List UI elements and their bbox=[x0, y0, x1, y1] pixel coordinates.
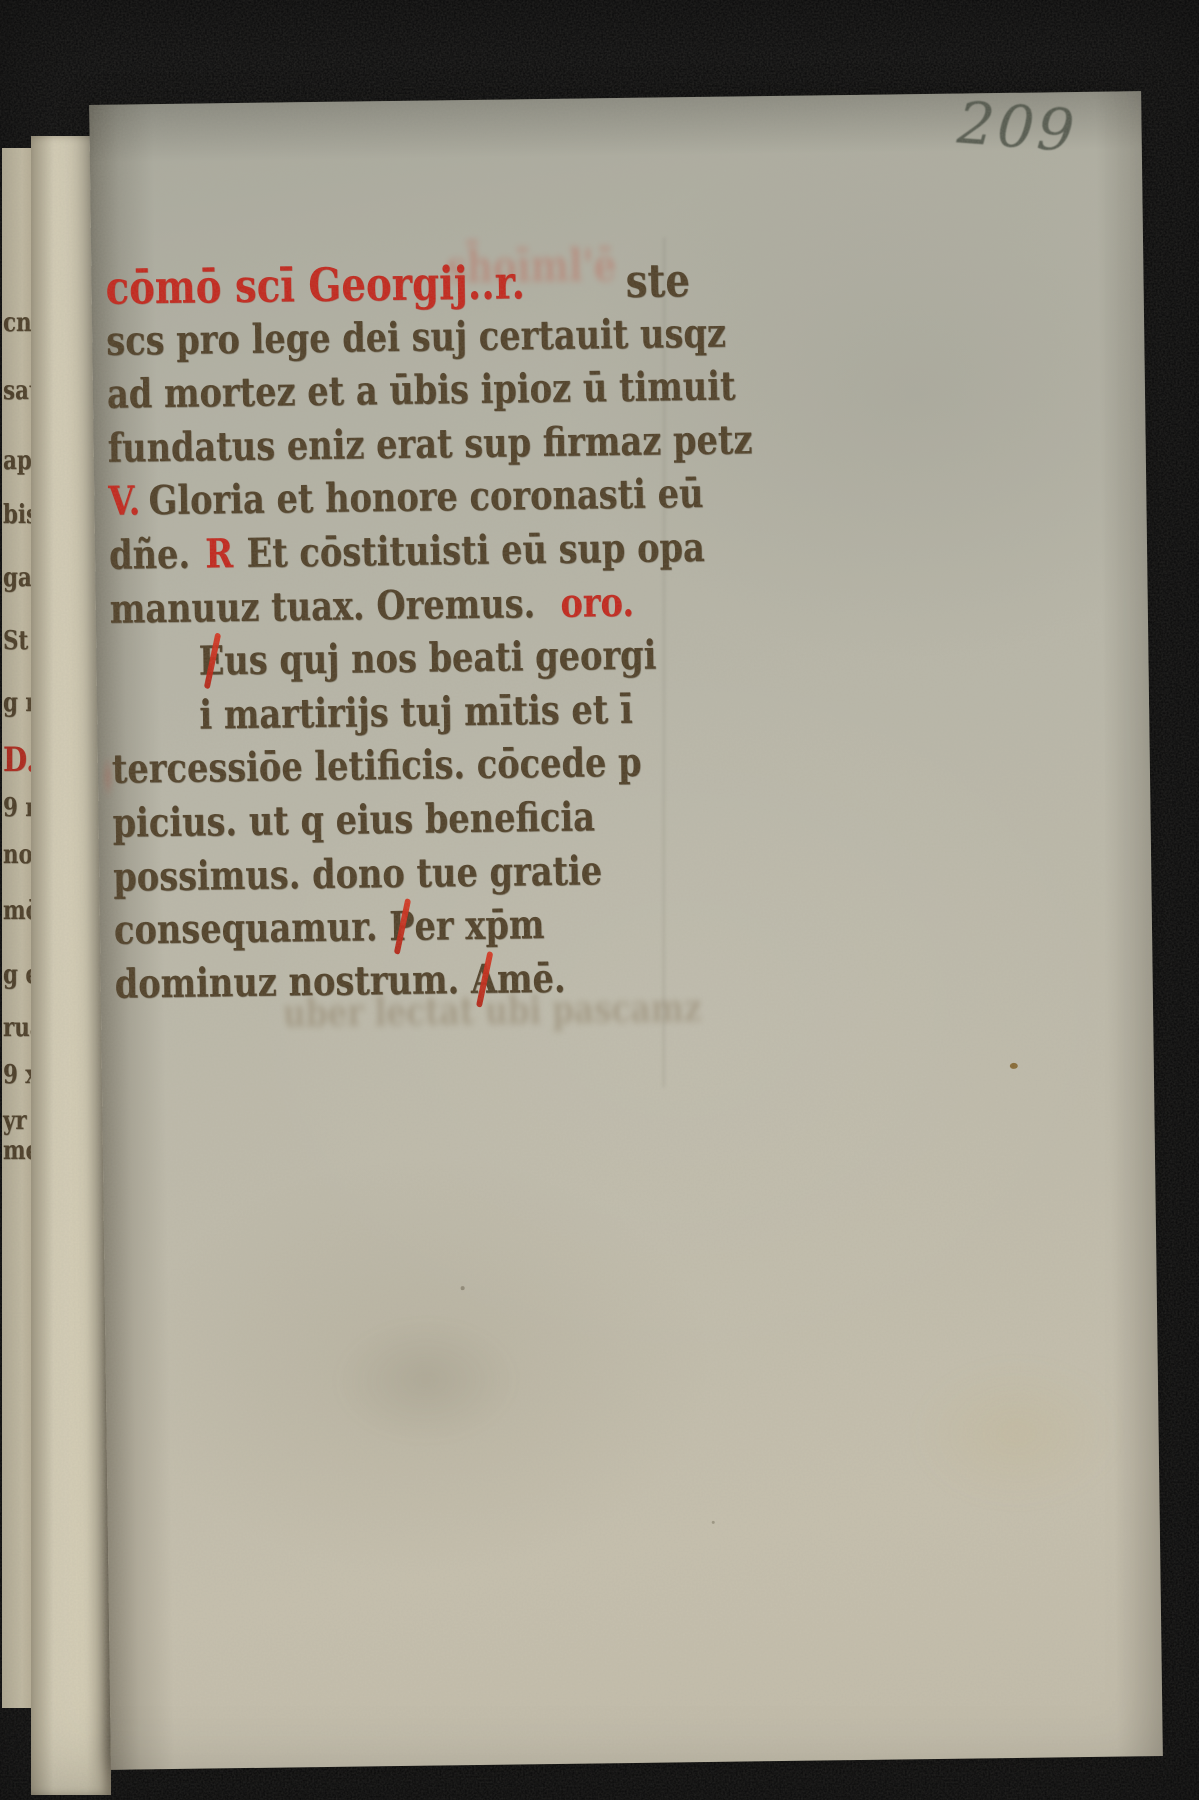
text-line-5: V.Gloria et honore coronasti eū bbox=[108, 470, 646, 531]
body-text: mē. bbox=[497, 955, 566, 1003]
body-text: ad mortez et a ūbis ipioz ū timuit bbox=[107, 363, 736, 418]
body-text: E bbox=[198, 636, 224, 686]
text-line-3: ad mortez et a ūbis ipioz ū timuit bbox=[107, 363, 645, 424]
body-text: A bbox=[471, 954, 498, 1004]
body-text: us quj nos beati georgi bbox=[224, 632, 657, 685]
parchment-page: 209 sh̄oīml'ē cōmō scī Georgij..r.stescs… bbox=[89, 91, 1163, 1770]
body-text: ste bbox=[625, 253, 690, 308]
body-text: tercessiōe letificis. cōcede p bbox=[112, 739, 642, 793]
text-line-1: cōmō scī Georgij..r.ste bbox=[105, 256, 643, 317]
text-line-2: scs pro lege dei suj certauit usqz bbox=[106, 309, 644, 370]
stain-dot bbox=[1010, 1063, 1018, 1069]
rubric-text: oro. bbox=[560, 578, 634, 626]
text-line-13: consequamur. Per xp̄m bbox=[114, 899, 652, 960]
body-text: Gloria et honore coronasti eū bbox=[148, 470, 703, 524]
text-line-4: fundatus eniz erat sup firmaz petz bbox=[107, 416, 645, 477]
manuscript-photo: cnasatappibis pgarraSt ūg redD.9 mno ftm… bbox=[0, 0, 1199, 1800]
body-text: scs pro lege dei suj certauit usqz bbox=[106, 309, 726, 364]
text-line-9: i martirijs tuj mītis et ī bbox=[111, 684, 649, 745]
stain-dot bbox=[461, 1286, 465, 1290]
body-text: consequamur. bbox=[114, 903, 390, 954]
body-text: manuuz tuax. Oremus. bbox=[109, 580, 535, 633]
text-block: cōmō scī Georgij..r.stescs pro lege dei … bbox=[105, 254, 755, 1013]
body-text: dominuz nostrum. bbox=[114, 956, 471, 1008]
text-line-14: dominuz nostrum. Amē. bbox=[114, 952, 652, 1013]
body-text: Et cōstituisti eū sup opa bbox=[246, 524, 705, 577]
text-line-11: picius. ut q eius beneficia bbox=[112, 792, 650, 853]
yellow-tinge bbox=[906, 1351, 1128, 1514]
body-text: picius. ut q eius beneficia bbox=[112, 793, 595, 846]
body-text: dñe. bbox=[109, 531, 191, 579]
text-line-8: Eus quj nos beati georgi bbox=[110, 631, 648, 692]
soft-stain bbox=[330, 1314, 522, 1446]
text-line-10: tercessiōe letificis. cōcede p bbox=[112, 738, 650, 799]
body-text: i martirijs tuj mītis et ī bbox=[199, 686, 633, 739]
text-line-6: dñe.REt cōstituisti eū sup opa bbox=[109, 524, 647, 585]
folio-number: 209 bbox=[955, 88, 1079, 165]
rubric-text: V. bbox=[108, 478, 141, 525]
body-text: er xp̄m bbox=[414, 901, 544, 950]
stain-dot bbox=[712, 1521, 715, 1524]
text-line-7: manuuz tuax. Oremus.oro. bbox=[109, 577, 647, 638]
rubric-text: R bbox=[205, 530, 234, 577]
rubric-text: cōmō scī Georgij..r. bbox=[105, 255, 525, 314]
margin-text-fragment: yr bbox=[3, 1106, 27, 1136]
body-text: P bbox=[389, 902, 415, 952]
text-line-12: possimus. dono tue gratie bbox=[113, 845, 651, 906]
right-edge-shade bbox=[1095, 91, 1163, 1756]
body-text: possimus. dono tue gratie bbox=[113, 847, 602, 900]
body-text: fundatus eniz erat sup firmaz petz bbox=[107, 416, 752, 471]
